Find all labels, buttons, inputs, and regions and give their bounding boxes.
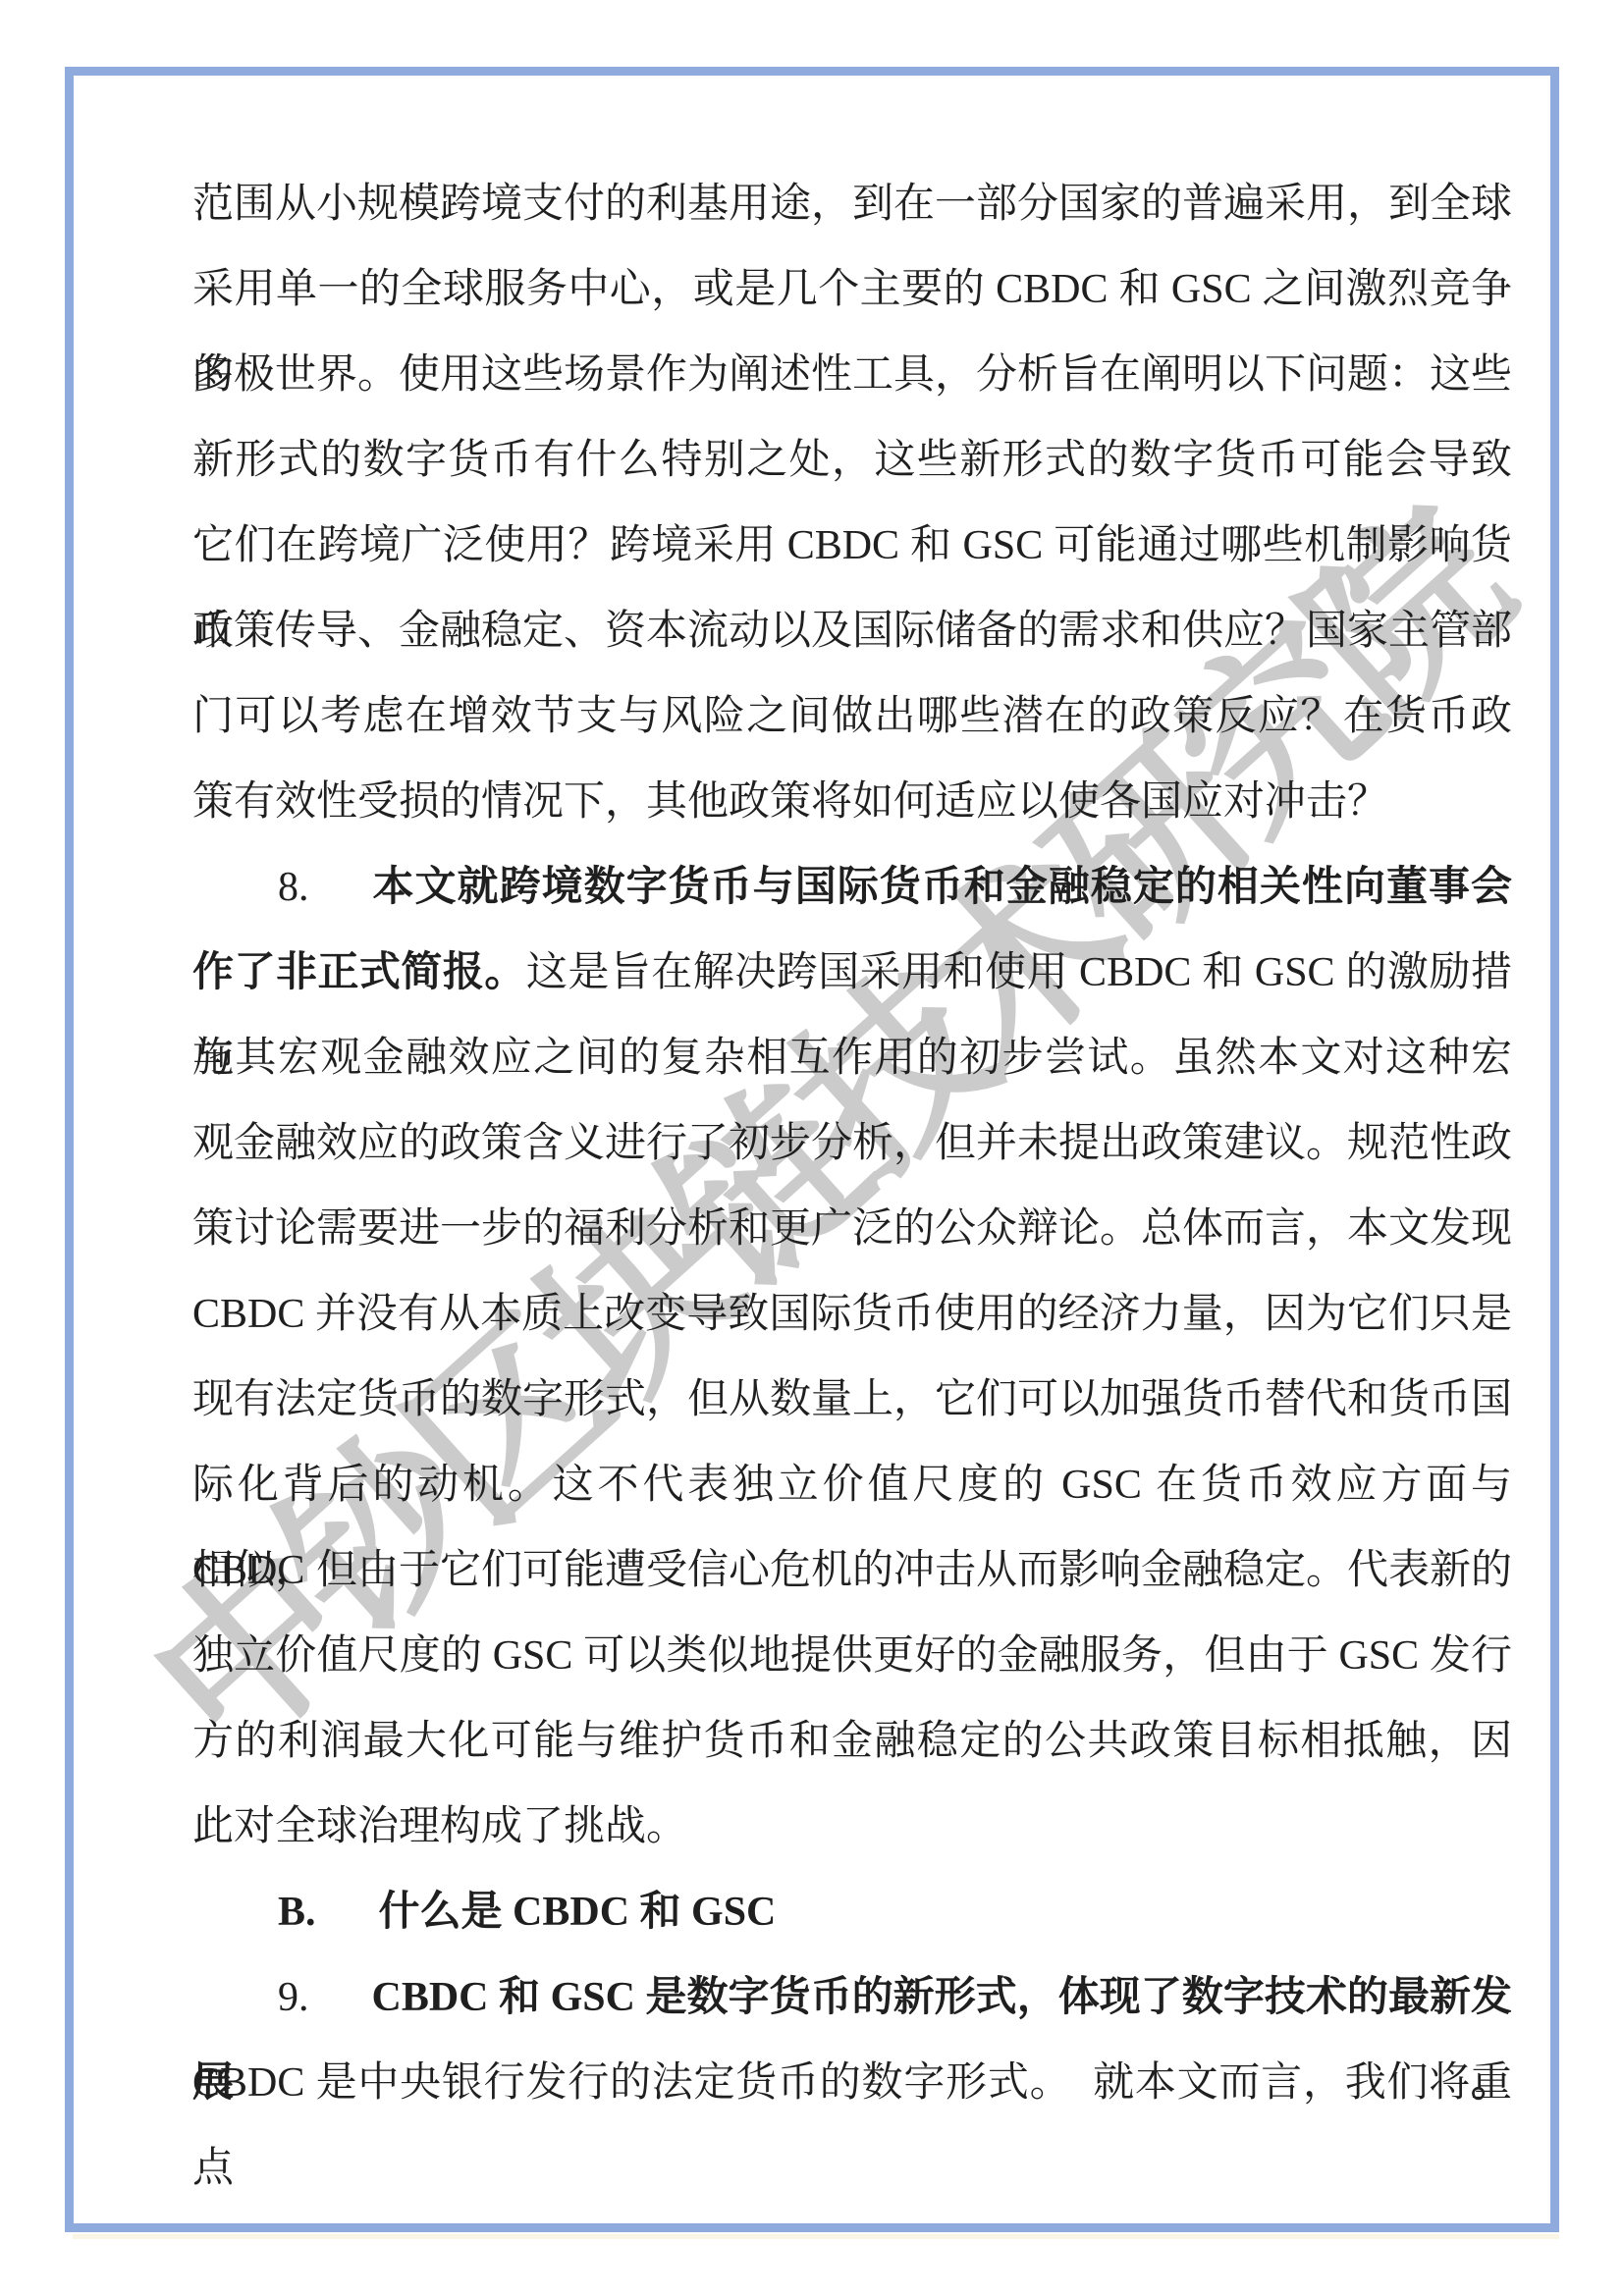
page-border-frame	[65, 67, 1559, 2232]
page-border-scan-artifact	[73, 2234, 1559, 2239]
scanned-document-page: 中钞区块链技术研究院 范围从小规模跨境支付的利基用途，到在一部分国家的普遍采用，…	[0, 0, 1623, 2296]
